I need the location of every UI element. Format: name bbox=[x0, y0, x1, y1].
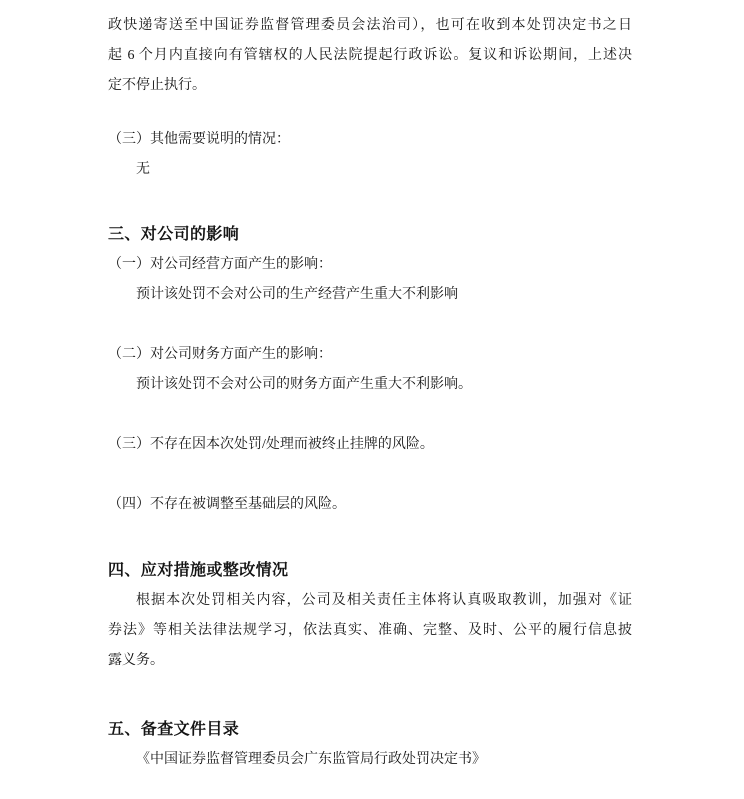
impact-item-detail: 预计该处罚不会对公司的生产经营产生重大不利影响 bbox=[108, 280, 632, 310]
section-heading-measures: 四、应对措施或整改情况 bbox=[108, 556, 632, 586]
document-page: 政快递寄送至中国证券监督管理委员会法治司），也可在收到本处罚决定书之日 起 6 … bbox=[0, 0, 744, 799]
paragraph-line: 根据本次处罚相关内容，公司及相关责任主体将认真吸取教训，加强对《证 bbox=[108, 586, 632, 616]
impact-item-label: （一）对公司经营方面产生的影响： bbox=[108, 250, 632, 280]
document-list-item: 《中国证券监督管理委员会广东监管局行政处罚决定书》 bbox=[108, 745, 632, 775]
paragraph-line: 起 6 个月内直接向有管辖权的人民法院提起行政诉讼。复议和诉讼期间，上述决 bbox=[108, 41, 632, 71]
paragraph-line: 露义务。 bbox=[108, 646, 632, 676]
section-heading-impact: 三、对公司的影响 bbox=[108, 220, 632, 250]
paragraph-line: 定不停止执行。 bbox=[108, 71, 632, 101]
impact-item-detail: 预计该处罚不会对公司的财务方面产生重大不利影响。 bbox=[108, 370, 632, 400]
other-notes-label: （三）其他需要说明的情况： bbox=[108, 125, 632, 155]
paragraph-line: 券法》等相关法律法规学习，依法真实、准确、完整、及时、公平的履行信息披 bbox=[108, 616, 632, 646]
impact-item-label: （四）不存在被调整至基础层的风险。 bbox=[108, 490, 632, 520]
paragraph-line: 政快递寄送至中国证券监督管理委员会法治司），也可在收到本处罚决定书之日 bbox=[108, 11, 632, 41]
other-notes-value: 无 bbox=[108, 155, 632, 185]
impact-item-label: （三）不存在因本次处罚/处理而被终止挂牌的风险。 bbox=[108, 430, 632, 460]
section-heading-documents: 五、备查文件目录 bbox=[108, 715, 632, 745]
impact-item-label: （二）对公司财务方面产生的影响： bbox=[108, 340, 632, 370]
